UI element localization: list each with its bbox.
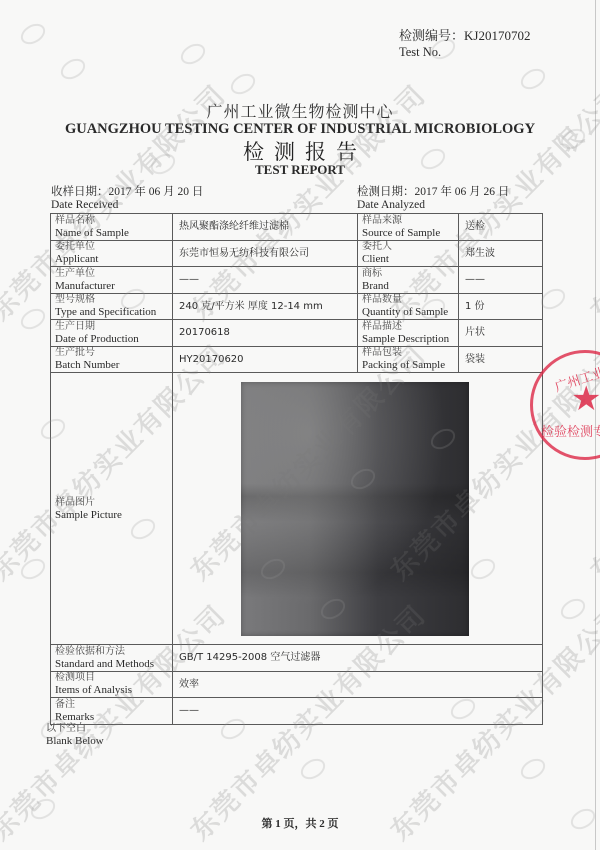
- label-en: Name of Sample: [55, 227, 172, 239]
- watermark-logo-icon: [297, 755, 329, 784]
- label-en: Quantity of Sample: [362, 306, 458, 318]
- field-label: 委托人 Client: [358, 240, 459, 267]
- field-value: 1 份: [459, 293, 543, 320]
- label-cn: 样品数量: [362, 294, 458, 306]
- test-number: 检测编号：KJ20170702 Test No.: [399, 28, 530, 60]
- value-text: 1 份: [465, 301, 485, 312]
- blank-below-en: Blank Below: [46, 735, 104, 748]
- label-en: Remarks: [55, 711, 172, 723]
- label-en: Packing of Sample: [362, 359, 458, 371]
- field-value: 片状: [459, 320, 543, 347]
- field-value: 郑生波: [459, 240, 543, 267]
- date-received: 收样日期：2017 年 06 月 20 日 Date Received: [51, 186, 203, 212]
- table-row: 生产单位 Manufacturer —— 商标 Brand ——: [51, 267, 543, 294]
- field-value: HY20170620: [173, 346, 358, 373]
- page-number: 第 1 页，共 2 页: [0, 815, 600, 831]
- label-en: Sample Picture: [55, 509, 172, 521]
- label-cn: 生产单位: [55, 268, 172, 280]
- value-text: 袋装: [465, 354, 485, 365]
- label-cn: 委托单位: [55, 241, 172, 253]
- field-label: 生产批号 Batch Number: [51, 346, 173, 373]
- field-label: 检验依据和方法 Standard and Methods: [51, 645, 173, 672]
- sample-picture-cell: [173, 373, 543, 645]
- report-page: 检测编号：KJ20170702 Test No. 广州工业微生物检测中心 GUA…: [0, 0, 600, 850]
- date-received-label: 收样日期：: [51, 186, 109, 198]
- report-title-en: TEST REPORT: [0, 162, 600, 178]
- label-cn: 型号规格: [55, 294, 172, 306]
- label-cn: 备注: [55, 699, 172, 711]
- value-text: 郑生波: [465, 248, 495, 259]
- date-analyzed: 检测日期：2017 年 06 月 26 日 Date Analyzed: [357, 186, 509, 212]
- label-en: Date of Production: [55, 333, 172, 345]
- field-label: 生产日期 Date of Production: [51, 320, 173, 347]
- value-text: 20170618: [179, 327, 230, 338]
- test-no-label-cn: 检测编号：: [399, 28, 464, 43]
- field-value: ——: [173, 267, 358, 294]
- label-en: Manufacturer: [55, 280, 172, 292]
- label-en: Applicant: [55, 253, 172, 265]
- field-label: 商标 Brand: [358, 267, 459, 294]
- field-value: 240 克/平方米 厚度 12-14 mm: [173, 293, 358, 320]
- watermark-logo-icon: [517, 65, 549, 94]
- table-row: 生产日期 Date of Production 20170618 样品描述 Sa…: [51, 320, 543, 347]
- label-en: Type and Specification: [55, 306, 172, 318]
- star-icon: ★: [571, 383, 600, 417]
- label-cn: 检测项目: [55, 672, 172, 684]
- table-row: 检测项目 Items of Analysis 效率: [51, 671, 543, 698]
- label-cn: 样品图片: [55, 497, 172, 509]
- watermark-logo-icon: [57, 55, 89, 84]
- field-value: GB/T 14295-2008 空气过滤器: [173, 645, 543, 672]
- value-text: 热风聚酯涤纶纤维过滤棉: [179, 221, 289, 232]
- field-label: 型号规格 Type and Specification: [51, 293, 173, 320]
- watermark-logo-icon: [557, 595, 589, 624]
- watermark-logo-icon: [17, 20, 49, 49]
- value-text: 片状: [465, 327, 485, 338]
- watermark-logo-icon: [17, 305, 49, 334]
- field-value: 效率: [173, 671, 543, 698]
- sample-picture: [241, 382, 469, 636]
- label-cn: 委托人: [362, 241, 458, 253]
- value-text: 送检: [465, 221, 485, 232]
- field-value: 送检: [459, 214, 543, 241]
- date-received-label-en: Date Received: [51, 199, 203, 212]
- table-row: 检验依据和方法 Standard and Methods GB/T 14295-…: [51, 645, 543, 672]
- test-no-label-en: Test No.: [399, 44, 530, 60]
- table-row: 备注 Remarks ——: [51, 698, 543, 725]
- date-received-value: 2017 年 06 月 20 日: [109, 186, 204, 198]
- value-text: ——: [465, 274, 485, 285]
- label-en: Sample Description: [362, 333, 458, 345]
- value-text: ——: [179, 705, 199, 716]
- label-cn: 样品来源: [362, 215, 458, 227]
- label-en: Client: [362, 253, 458, 265]
- field-label: 样品描述 Sample Description: [358, 320, 459, 347]
- label-en: Standard and Methods: [55, 658, 172, 670]
- label-en: Brand: [362, 280, 458, 292]
- value-text: HY20170620: [179, 354, 244, 365]
- label-en: Source of Sample: [362, 227, 458, 239]
- label-cn: 样品包装: [362, 347, 458, 359]
- label-cn: 生产批号: [55, 347, 172, 359]
- field-value: 袋装: [459, 346, 543, 373]
- label-cn: 样品描述: [362, 321, 458, 333]
- seal-bottom-text: 检验检测专: [541, 421, 600, 440]
- field-value: 20170618: [173, 320, 358, 347]
- label-cn: 检验依据和方法: [55, 646, 172, 658]
- value-text: ——: [179, 274, 199, 285]
- field-value: 东莞市恒易无纺科技有限公司: [173, 240, 358, 267]
- watermark-logo-icon: [227, 70, 259, 99]
- field-label: 样品包装 Packing of Sample: [358, 346, 459, 373]
- field-value: ——: [173, 698, 543, 725]
- table-row: 委托单位 Applicant 东莞市恒易无纺科技有限公司 委托人 Client …: [51, 240, 543, 267]
- label-cn: 样品名称: [55, 215, 172, 227]
- field-label: 样品名称 Name of Sample: [51, 214, 173, 241]
- label-cn: 生产日期: [55, 321, 172, 333]
- field-label: 生产单位 Manufacturer: [51, 267, 173, 294]
- date-analyzed-value: 2017 年 06 月 26 日: [415, 186, 510, 198]
- label-cn: 商标: [362, 268, 458, 280]
- field-label: 样品来源 Source of Sample: [358, 214, 459, 241]
- table-row: 生产批号 Batch Number HY20170620 样品包装 Packin…: [51, 346, 543, 373]
- date-analyzed-label-en: Date Analyzed: [357, 199, 509, 212]
- field-label: 检测项目 Items of Analysis: [51, 671, 173, 698]
- label-en: Items of Analysis: [55, 684, 172, 696]
- watermark-logo-icon: [177, 40, 209, 69]
- value-text: 240 克/平方米 厚度 12-14 mm: [179, 301, 323, 312]
- field-value: ——: [459, 267, 543, 294]
- table-row: 型号规格 Type and Specification 240 克/平方米 厚度…: [51, 293, 543, 320]
- field-value: 热风聚酯涤纶纤维过滤棉: [173, 214, 358, 241]
- report-table: 样品名称 Name of Sample 热风聚酯涤纶纤维过滤棉 样品来源 Sou…: [50, 213, 543, 725]
- field-label: 样品数量 Quantity of Sample: [358, 293, 459, 320]
- sample-picture-row: 样品图片 Sample Picture: [51, 373, 543, 645]
- org-name-cn: 广州工业微生物检测中心: [0, 99, 600, 122]
- test-no-value: KJ20170702: [464, 28, 530, 43]
- field-label: 备注 Remarks: [51, 698, 173, 725]
- blank-below: 以下空白 Blank Below: [46, 722, 104, 748]
- watermark-logo-icon: [517, 755, 549, 784]
- table-row: 样品名称 Name of Sample 热风聚酯涤纶纤维过滤棉 样品来源 Sou…: [51, 214, 543, 241]
- sample-picture-label: 样品图片 Sample Picture: [51, 373, 173, 645]
- watermark-logo-icon: [17, 555, 49, 584]
- value-text: 效率: [179, 679, 199, 690]
- value-text: 东莞市恒易无纺科技有限公司: [179, 248, 309, 259]
- field-label: 委托单位 Applicant: [51, 240, 173, 267]
- date-analyzed-label: 检测日期：: [357, 186, 415, 198]
- label-en: Batch Number: [55, 359, 172, 371]
- value-text: GB/T 14295-2008 空气过滤器: [179, 652, 320, 663]
